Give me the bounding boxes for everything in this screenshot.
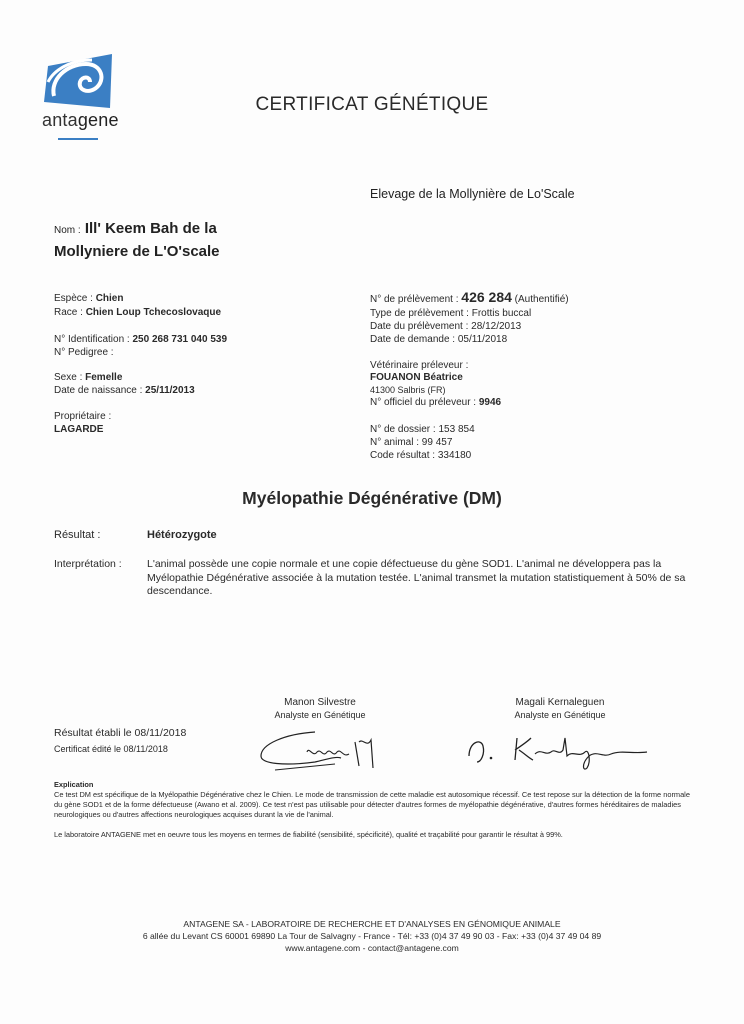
breeder-name: Elevage de la Mollynière de Lo'Scale (370, 187, 575, 201)
footer-company: ANTAGENE SA - LABORATOIRE DE RECHERCHE E… (0, 918, 744, 930)
sample-date-row: Date du prélèvement : 28/12/2013 (370, 320, 521, 333)
signatory-2: Magali Kernaleguen Analyste en Génétique (485, 697, 635, 721)
sex-row: Sexe : Femelle (54, 371, 122, 384)
signature-1-icon (255, 728, 385, 773)
signature-2-icon (465, 728, 655, 773)
file-number-row: N° de dossier : 153 854 (370, 423, 475, 436)
breed-row: Race : Chien Loup Tchecoslovaque (54, 306, 221, 319)
species-row: Espèce : Chien (54, 292, 123, 305)
signatory-1: Manon Silvestre Analyste en Génétique (250, 697, 390, 721)
animal-number-row: N° animal : 99 457 (370, 436, 452, 449)
explanation-block: Explication Ce test DM est spécifique de… (54, 780, 694, 840)
sample-type-row: Type de prélèvement : Frottis buccal (370, 307, 531, 320)
test-title: Myélopathie Dégénérative (DM) (0, 488, 744, 509)
pedigree-row: N° Pedigree : (54, 346, 114, 359)
quality-statement: Le laboratoire ANTAGENE met en oeuvre to… (54, 830, 694, 840)
owner-label: Propriétaire : (54, 410, 111, 423)
result-value: Hétérozygote (147, 529, 217, 541)
result-code-row: Code résultat : 334180 (370, 449, 471, 462)
request-date-row: Date de demande : 05/11/2018 (370, 333, 507, 346)
vet-name: FOUANON Béatrice (370, 371, 463, 384)
explanation-heading: Explication (54, 780, 694, 790)
interpretation-label: Interprétation : (54, 558, 122, 570)
sample-number-row: N° de prélèvement : 426 284 (Authentifié… (370, 291, 569, 306)
logo-underline (58, 138, 98, 140)
footer-contact: www.antagene.com - contact@antagene.com (0, 942, 744, 954)
footer: ANTAGENE SA - LABORATOIRE DE RECHERCHE E… (0, 918, 744, 954)
animal-name: Nom : Ill' Keem Bah de la Mollyniere de … (54, 218, 220, 262)
result-established-date: Résultat établi le 08/11/2018 (54, 727, 186, 739)
explanation-text: Ce test DM est spécifique de la Myélopat… (54, 790, 694, 820)
footer-address: 6 allée du Levant CS 60001 69890 La Tour… (0, 930, 744, 942)
vet-official-row: N° officiel du préleveur : 9946 (370, 396, 501, 409)
birthdate-row: Date de naissance : 25/11/2013 (54, 384, 195, 397)
identification-row: N° Identification : 250 268 731 040 539 (54, 333, 227, 346)
interpretation-text: L'animal possède une copie normale et un… (147, 558, 687, 599)
page-title: CERTIFICAT GÉNÉTIQUE (0, 94, 744, 116)
owner-value: LAGARDE (54, 423, 103, 436)
result-label: Résultat : (54, 529, 100, 541)
certificate-edited-date: Certificat édité le 08/11/2018 (54, 744, 168, 754)
